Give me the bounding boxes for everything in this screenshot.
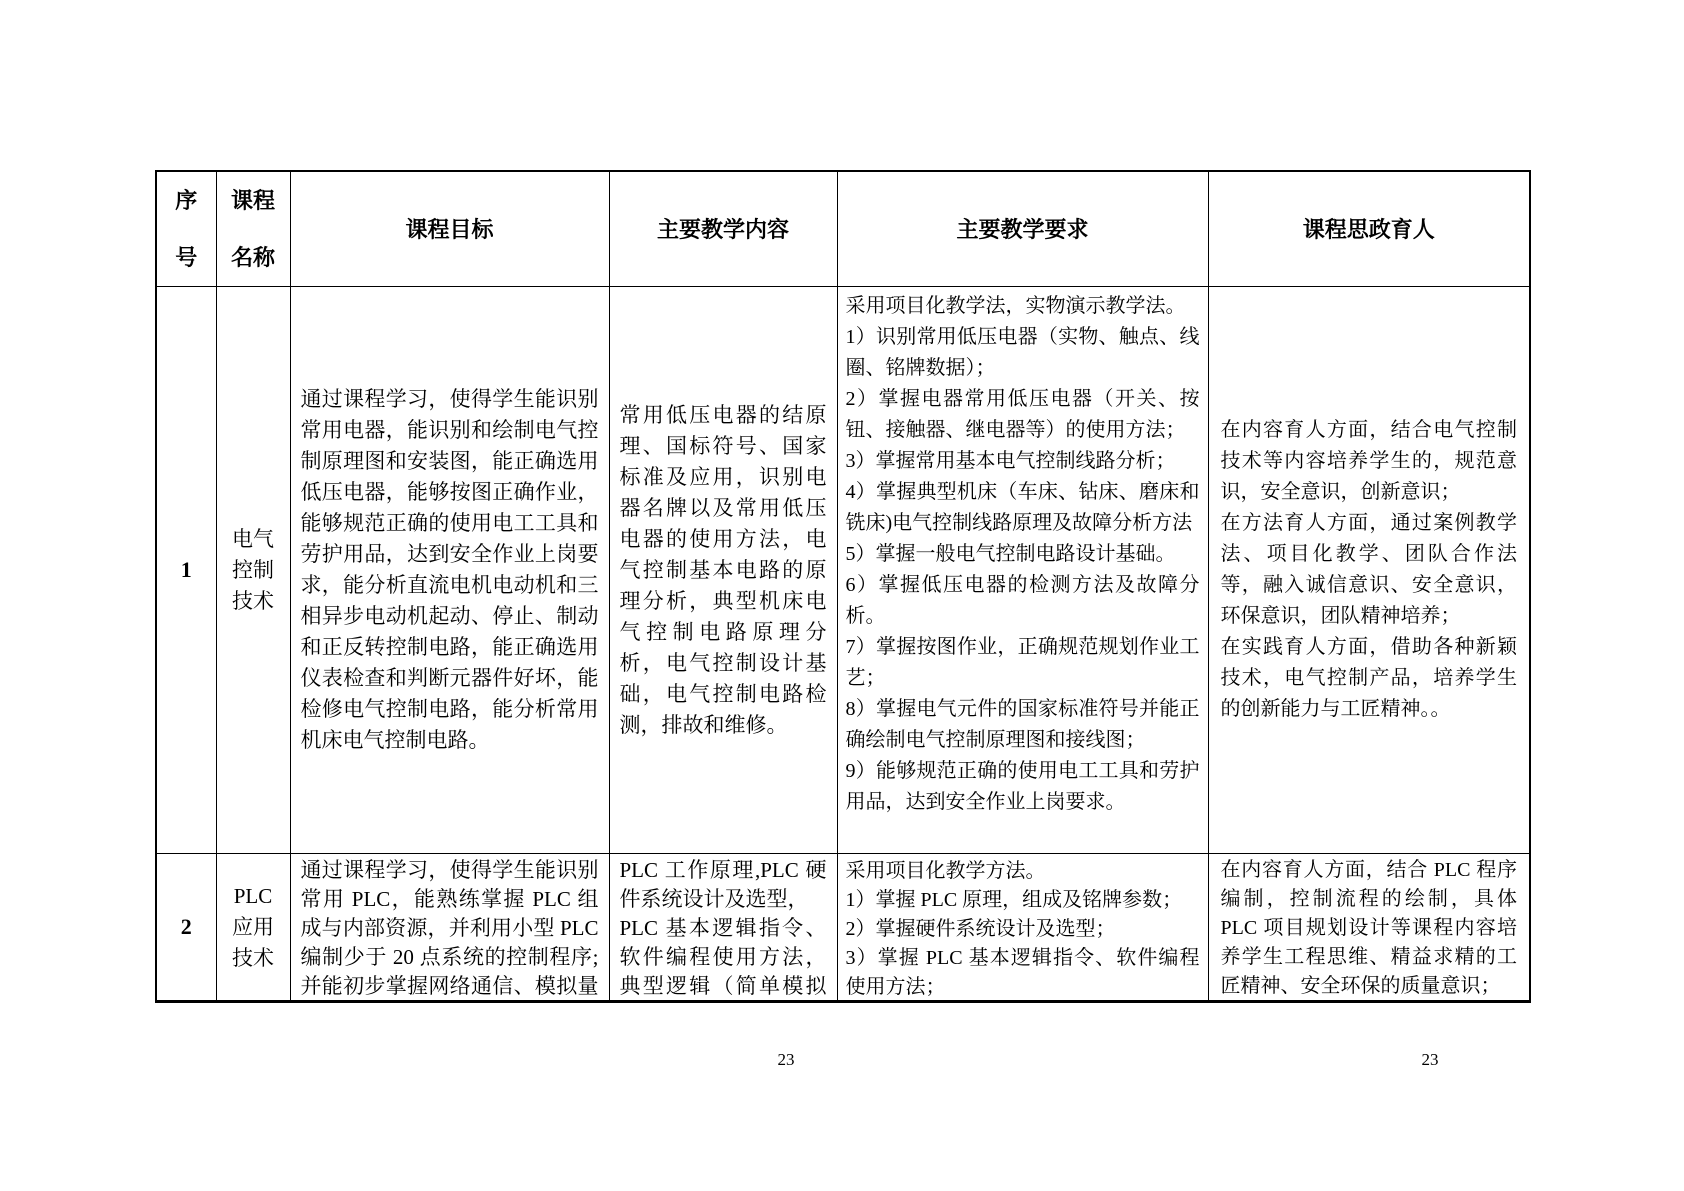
table-header-row: 序 号 课程 名称 课程目标 主要教学内容 主要教学要求 课程思政育人 xyxy=(156,171,1530,287)
row1-requirements-cell: 采用项目化教学法，实物演示教学法。 1）识别常用低压电器（实物、触点、线圈、铭牌… xyxy=(837,287,1208,854)
row2-ideology-cell: 在内容育人方面，结合 PLC 程序编制，控制流程的绘制，具体 PLC 项目规划设… xyxy=(1208,854,1530,1002)
document-page: 序 号 课程 名称 课程目标 主要教学内容 主要教学要求 课程思政育人 1 电气… xyxy=(0,0,1684,1191)
row2-content-text: PLC 工作原理,PLC 硬件系统设计及选型， PLC 基本逻辑指令、软件编程使… xyxy=(620,854,827,999)
table-row: 1 电气 控制 技术 通过课程学习，使得学生能识别常用电器，能识别和绘制电气控制… xyxy=(156,287,1530,854)
row2-requirements-cell: 采用项目化教学方法。 1）掌握 PLC 原理，组成及铭牌参数； 2）掌握硬件系统… xyxy=(837,854,1208,1002)
row1-course-name-cell: 电气 控制 技术 xyxy=(216,287,290,854)
header-course-name: 课程 名称 xyxy=(216,171,290,287)
row2-requirements-text: 采用项目化教学方法。 1）掌握 PLC 原理，组成及铭牌参数； 2）掌握硬件系统… xyxy=(846,854,1200,1000)
row1-number-cell: 1 xyxy=(156,287,216,854)
header-ideology: 课程思政育人 xyxy=(1208,171,1530,287)
row2-course-name-cell: PLC 应用 技术 xyxy=(216,854,290,1002)
row1-content-cell: 常用低压电器的结原理、国标符号、国家标准及应用，识别电器名牌以及常用低压电器的使… xyxy=(609,287,837,854)
course-syllabus-table: 序 号 课程 名称 课程目标 主要教学内容 主要教学要求 课程思政育人 1 电气… xyxy=(155,170,1531,1003)
row1-ideology-cell: 在内容育人方面，结合电气控制技术等内容培养学生的，规范意识，安全意识，创新意识；… xyxy=(1208,287,1530,854)
row2-objectives-text: 通过课程学习，使得学生能识别常用 PLC，能熟练掌握 PLC 组成与内部资源，并… xyxy=(301,854,599,999)
row2-ideology-text: 在内容育人方面，结合 PLC 程序编制，控制流程的绘制，具体 PLC 项目规划设… xyxy=(1221,854,1518,999)
row2-objectives-cell: 通过课程学习，使得学生能识别常用 PLC，能熟练掌握 PLC 组成与内部资源，并… xyxy=(290,854,609,1002)
row1-objectives-cell: 通过课程学习，使得学生能识别常用电器，能识别和绘制电气控制原理图和安装图，能正确… xyxy=(290,287,609,854)
row2-number-cell: 2 xyxy=(156,854,216,1002)
header-content: 主要教学内容 xyxy=(609,171,837,287)
page-number-center: 23 xyxy=(766,1050,806,1070)
header-requirements: 主要教学要求 xyxy=(837,171,1208,287)
header-no: 序 号 xyxy=(156,171,216,287)
page-number-right: 23 xyxy=(1410,1050,1450,1070)
header-objectives: 课程目标 xyxy=(290,171,609,287)
row2-content-cell: PLC 工作原理,PLC 硬件系统设计及选型， PLC 基本逻辑指令、软件编程使… xyxy=(609,854,837,1002)
table-row: 2 PLC 应用 技术 通过课程学习，使得学生能识别常用 PLC，能熟练掌握 P… xyxy=(156,854,1530,1002)
